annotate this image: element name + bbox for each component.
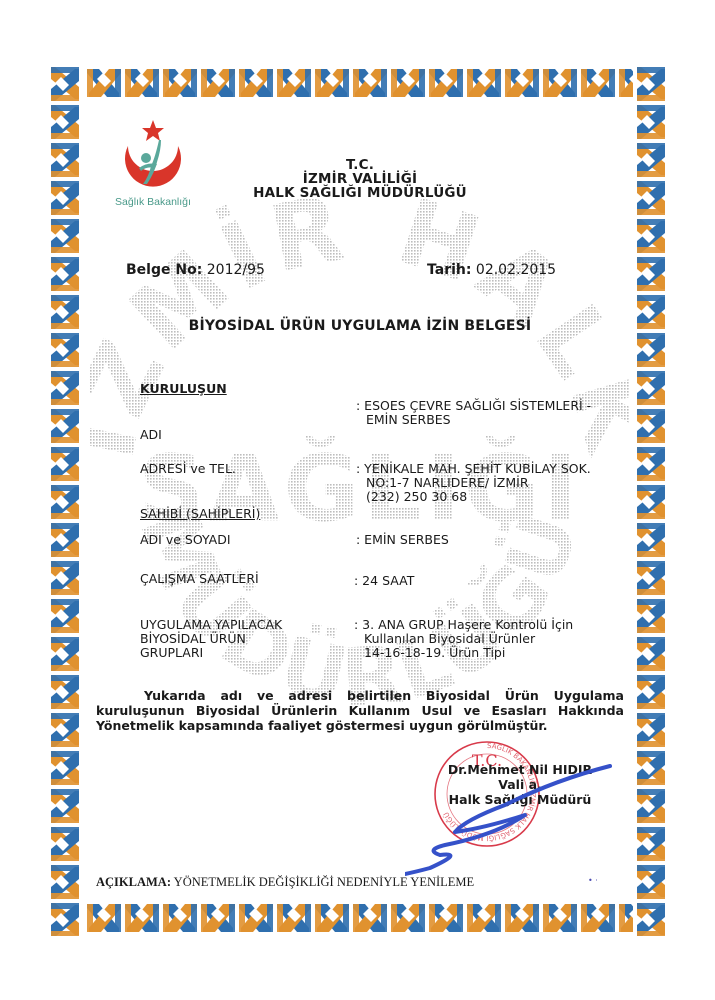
handwritten-signature [405, 760, 620, 880]
header-line-tc: T.C. [200, 158, 520, 172]
grup-value-line2: Kullanılan Biyosidal Ürünler [364, 632, 535, 646]
calisma-label: ÇALIŞMA SAATLERİ [140, 572, 259, 586]
adi-label: ADI [140, 428, 162, 442]
decorative-border-bottom [47, 900, 669, 936]
section-kurulusun-heading: KURULUŞUN [140, 382, 227, 396]
footnote-label: AÇIKLAMA: [96, 875, 171, 889]
adres-value-line1: : YENİKALE MAH. ŞEHİT KUBİLAY SOK. [356, 462, 591, 476]
grup-value-line3: 14-16-18-19. Ürün Tipi [364, 646, 505, 660]
belge-no: Belge No: 2012/95 [126, 262, 265, 278]
adsoyad-label: ADI ve SOYADI [140, 533, 231, 547]
calisma-value: : 24 SAAT [354, 574, 414, 588]
belge-no-label: Belge No: [126, 262, 202, 278]
section-sahibi-heading: SAHİBİ (SAHİPLERİ) [140, 507, 260, 521]
grup-label-line1: UYGULAMA YAPILACAK [140, 618, 282, 632]
header-line-mudurluk: HALK SAĞLIĞI MÜDÜRLÜĞÜ [200, 186, 520, 200]
saglik-bakanligi-crescent-star-icon [103, 118, 203, 196]
adsoyad-value: : EMİN SERBES [356, 533, 449, 547]
decorative-border-top [47, 65, 669, 101]
adi-value-line1: : ESOES ÇEVRE SAĞLIĞI SİSTEMLERİ - [356, 399, 591, 413]
adres-label: ADRESİ ve TEL. [140, 462, 236, 476]
document-title: BİYOSİDAL ÜRÜN UYGULAMA İZİN BELGESİ [100, 318, 620, 334]
grup-label-line3: GRUPLARI [140, 646, 203, 660]
adres-value-line2: NO:1-7 NARLIDERE/ İZMİR [366, 476, 529, 490]
grup-value-line1: : 3. ANA GRUP Haşere Kontrolü İçin [354, 618, 573, 632]
adi-value-line2: EMİN SERBES [366, 413, 451, 427]
tarih-label: Tarih: [427, 262, 471, 278]
ministry-logo: Sağlık Bakanlığı [103, 118, 203, 213]
tarih: Tarih: 02.02.2015 [427, 262, 556, 278]
header-line-valilik: İZMİR VALİLİĞİ [200, 172, 520, 186]
decorative-border-right [633, 65, 669, 936]
approval-text: Yukarıda adı ve adresi belirtilen Biyosi… [96, 688, 624, 733]
approval-paragraph: Yukarıda adı ve adresi belirtilen Biyosi… [96, 688, 624, 733]
issuing-authority-header: T.C. İZMİR VALİLİĞİ HALK SAĞLIĞI MÜDÜRLÜ… [200, 158, 520, 200]
decorative-border-left [47, 65, 83, 936]
logo-text: Sağlık Bakanlığı [103, 196, 203, 208]
adres-value-line3: (232) 250 30 68 [366, 490, 467, 504]
belge-no-value: 2012/95 [207, 262, 265, 278]
grup-label-line2: BİYOSİDAL ÜRÜN [140, 632, 246, 646]
tarih-value: 02.02.2015 [476, 262, 556, 278]
